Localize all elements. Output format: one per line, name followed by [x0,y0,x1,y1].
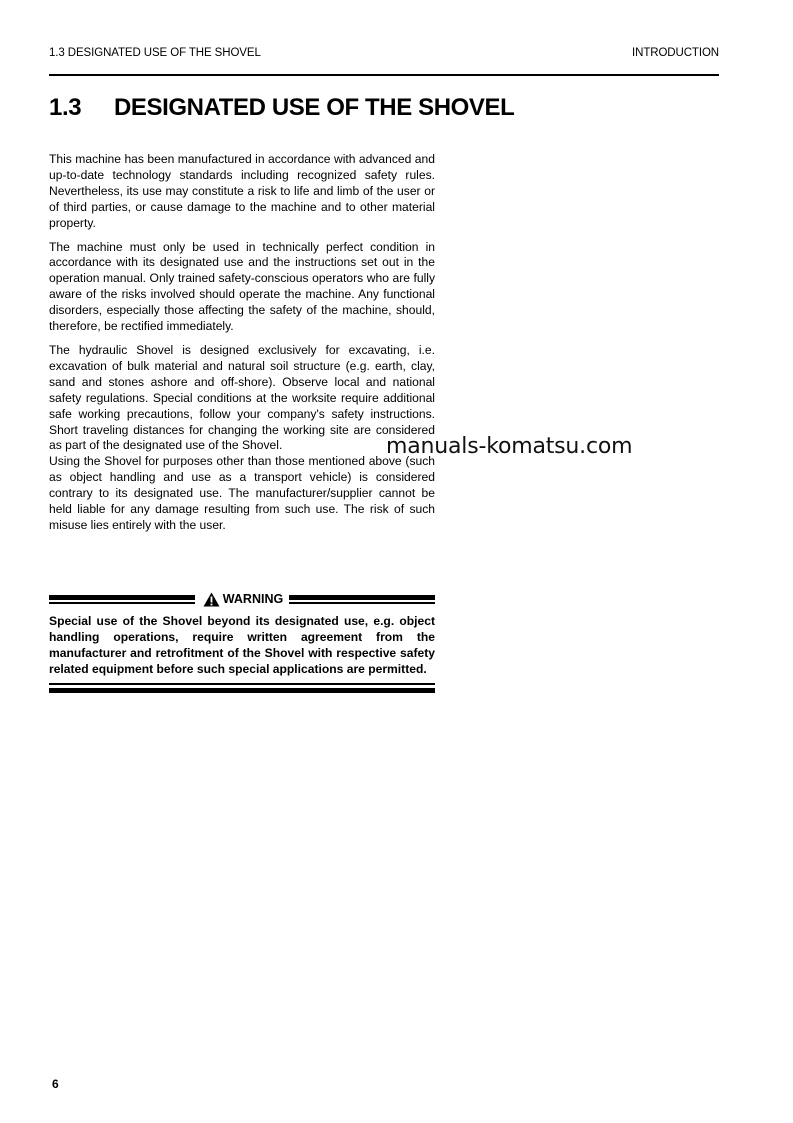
paragraph: Using the Shovel for purposes other than… [49,454,435,534]
body-text: This machine has been manufactured in ac… [49,152,435,542]
running-header: 1.3 DESIGNATED USE OF THE SHOVEL INTRODU… [49,47,719,63]
warning-divider-right [289,594,435,605]
paragraph: The hydraulic Shovel is designed exclusi… [49,343,435,454]
watermark: manuals-komatsu.com [386,434,632,459]
warning-text: Special use of the Shovel beyond its des… [49,613,435,677]
warning-divider-left [49,594,195,605]
section-number: 1.3 [49,94,114,122]
paragraph: The machine must only be used in technic… [49,240,435,335]
warning-label-text: WARNING [223,592,283,606]
warning-label: WARNING [195,592,289,607]
header-rule [49,74,719,76]
paragraph: This machine has been manufactured in ac… [49,152,435,232]
warning-box: WARNING Special use of the Shovel beyond… [49,591,435,694]
page-number: 6 [52,1077,59,1091]
warning-footer-divider [49,682,435,694]
running-header-chapter: INTRODUCTION [632,47,719,59]
warning-header: WARNING [49,591,435,607]
section-title: 1.3DESIGNATED USE OF THE SHOVEL [49,94,514,122]
running-header-section: 1.3 DESIGNATED USE OF THE SHOVEL [49,47,261,59]
warning-triangle-icon [203,592,220,607]
section-heading: DESIGNATED USE OF THE SHOVEL [114,94,514,121]
